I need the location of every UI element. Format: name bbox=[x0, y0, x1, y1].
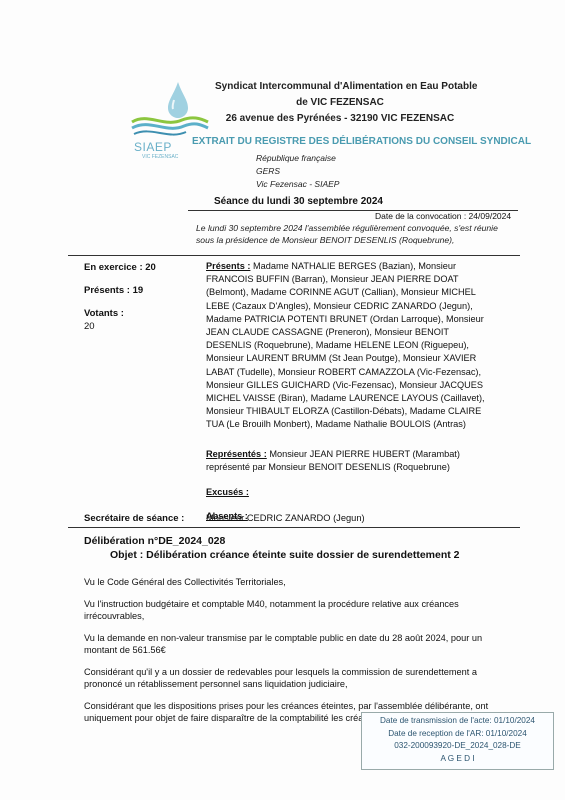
org-address: 26 avenue des Pyrénées - 32190 VIC FEZEN… bbox=[215, 113, 465, 124]
voters-label: Votants : bbox=[84, 308, 124, 319]
department-label: GERS bbox=[256, 166, 280, 176]
divider bbox=[68, 527, 520, 528]
act-identifier: 032-200093920-DE_2024_028-DE bbox=[362, 740, 553, 753]
object-label: Objet : bbox=[110, 549, 143, 561]
ar-reception-date: Date de reception de l'AR: 01/10/2024 bbox=[362, 728, 553, 741]
secretary-label: Secrétaire de séance : bbox=[84, 513, 184, 524]
org-name-line2: de VIC FEZENSAC bbox=[215, 97, 465, 108]
agedi-label: A G E D I bbox=[362, 753, 553, 766]
republic-label: République française bbox=[256, 153, 336, 163]
excused-label: Excusés : bbox=[206, 487, 249, 497]
voters-value: 20 bbox=[84, 321, 95, 332]
place-label: Vic Fezensac - SIAEP bbox=[256, 179, 339, 189]
presents-label: Présents : bbox=[206, 261, 250, 271]
document-page: SIAEP VIC FEZENSAC Syndicat Intercommuna… bbox=[0, 0, 565, 800]
members-present: Présents : 19 bbox=[84, 285, 143, 296]
transmission-stamp: Date de transmission de l'acte: 01/10/20… bbox=[361, 712, 554, 770]
paragraph-cgct: Vu le Code Général des Collectivités Ter… bbox=[84, 576, 504, 588]
transmission-date: Date de transmission de l'acte: 01/10/20… bbox=[362, 715, 553, 728]
paragraph-non-value-request: Vu la demande en non-valeur transmise pa… bbox=[84, 632, 504, 656]
represented-label: Représentés : bbox=[206, 449, 267, 459]
convocation-date: Date de la convocation : 24/09/2024 bbox=[375, 211, 511, 221]
deliberation-number: Délibération n°DE_2024_028 bbox=[84, 535, 225, 547]
divider bbox=[68, 255, 520, 256]
secretary-value: Monsieur CEDRIC ZANARDO (Jegun) bbox=[206, 513, 365, 523]
session-intro-line2: sous la présidence de Monsieur BENOIT DE… bbox=[196, 235, 454, 245]
org-name-line1: Syndicat Intercommunal d'Alimentation en… bbox=[215, 81, 465, 92]
paragraph-m40: Vu l'instruction budgétaire et comptable… bbox=[84, 598, 504, 622]
logo-text: SIAEP bbox=[134, 140, 172, 154]
paragraph-overindebtedness: Considérant qu'il y a un dossier de rede… bbox=[84, 666, 504, 690]
deliberation-object: Objet : Délibération créance éteinte sui… bbox=[110, 549, 460, 561]
present-members-list: Présents : Madame NATHALIE BERGES (Bazia… bbox=[206, 260, 485, 432]
logo-subtext: VIC FEZENSAC bbox=[142, 154, 178, 160]
represented-members: Représentés : Monsieur JEAN PIERRE HUBER… bbox=[206, 448, 460, 474]
session-title: Séance du lundi 30 septembre 2024 bbox=[214, 196, 383, 207]
session-intro-line1: Le lundi 30 septembre 2024 l'assemblée r… bbox=[196, 223, 498, 233]
object-text: Délibération créance éteinte suite dossi… bbox=[143, 549, 459, 561]
members-in-office: En exercice : 20 bbox=[84, 262, 156, 273]
register-extract-title: EXTRAIT DU REGISTRE DES DÉLIBÉRATIONS DU… bbox=[192, 136, 531, 147]
